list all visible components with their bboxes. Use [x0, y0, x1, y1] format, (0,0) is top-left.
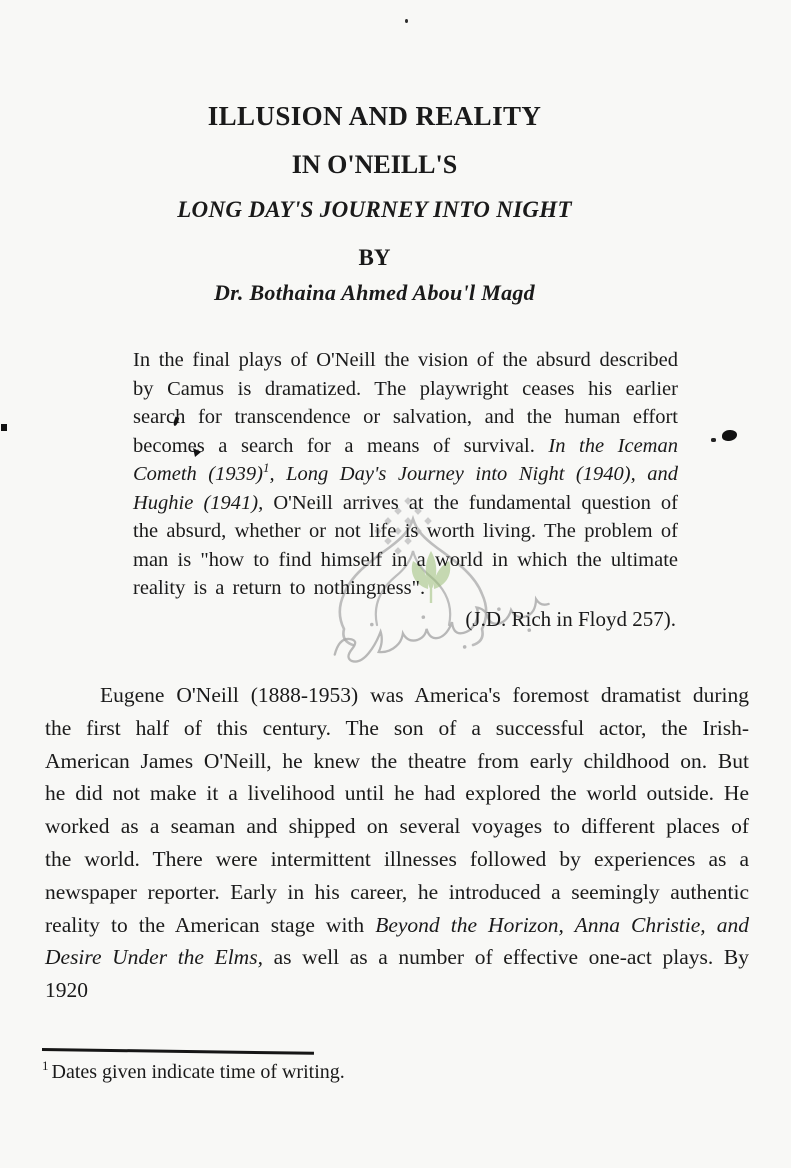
quote-citation: (J.D. Rich in Floyd 257). — [133, 607, 678, 632]
author-name: Dr. Bothaina Ahmed Abou'l Magd — [0, 280, 749, 306]
quote-paragraph: In the final plays of O'Neill the vision… — [133, 346, 678, 603]
footnote-text: Dates given indicate time of writing. — [52, 1061, 345, 1083]
article-title-line2: IN O'NEILL'S — [0, 150, 749, 180]
byline-label: BY — [0, 245, 749, 271]
main-text: Eugene O'Neill (1888-1953) was America's… — [45, 679, 749, 1007]
ink-blot — [1, 424, 7, 431]
block-quote: In the final plays of O'Neill the vision… — [133, 346, 678, 632]
body-paragraph: Eugene O'Neill (1888-1953) was America's… — [45, 679, 749, 1007]
ink-speck — [405, 19, 408, 23]
scanned-paper-page: ILLUSION AND REALITY IN O'NEILL'S LONG D… — [0, 0, 791, 1168]
footnote: 1Dates given indicate time of writing. — [42, 1061, 752, 1084]
ink-blot — [722, 430, 737, 441]
title-block: ILLUSION AND REALITY IN O'NEILL'S LONG D… — [0, 101, 749, 306]
article-title-line1: ILLUSION AND REALITY — [0, 101, 749, 132]
footnote-marker: 1 — [42, 1058, 49, 1073]
footnote-block: 1Dates given indicate time of writing. — [42, 1048, 752, 1084]
article-title-play-name: LONG DAY'S JOURNEY INTO NIGHT — [0, 197, 749, 223]
ink-speck — [711, 438, 716, 442]
footnote-separator-rule — [42, 1048, 314, 1054]
